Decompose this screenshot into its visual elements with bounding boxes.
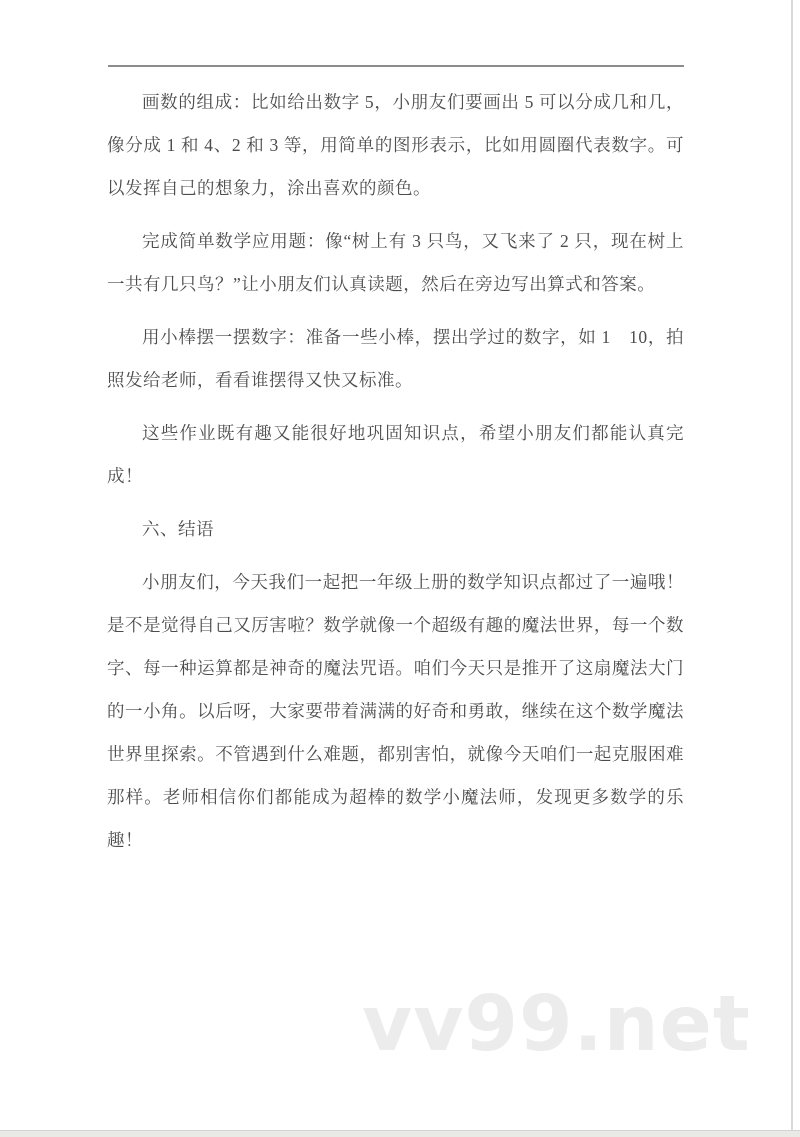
paragraph-homework-note: 这些作业既有趣又能很好地巩固知识点，希望小朋友们都能认真完成！ xyxy=(107,412,684,498)
page-right-edge-line xyxy=(791,0,793,1137)
paragraph-draw-numbers: 画数的组成：比如给出数字 5，小朋友们要画出 5 可以分成几和几，像分成 1 和… xyxy=(107,81,684,210)
section-heading-conclusion: 六、结语 xyxy=(107,508,684,551)
page-bottom-bar xyxy=(0,1130,800,1137)
paragraph-sticks-activity: 用小棒摆一摆数字：准备一些小棒，摆出学过的数字，如 1 10，拍照发给老师，看看… xyxy=(107,316,684,402)
document-page: 画数的组成：比如给出数字 5，小朋友们要画出 5 可以分成几和几，像分成 1 和… xyxy=(0,0,800,1137)
section-divider-line xyxy=(108,65,684,67)
watermark-text: vv99.net xyxy=(362,980,751,1069)
paragraph-word-problem: 完成简单数学应用题：像“树上有 3 只鸟，又飞来了 2 只，现在树上一共有几只鸟… xyxy=(107,220,684,306)
document-body: 画数的组成：比如给出数字 5，小朋友们要画出 5 可以分成几和几，像分成 1 和… xyxy=(107,81,684,872)
paragraph-conclusion: 小朋友们，今天我们一起把一年级上册的数学知识点都过了一遍哦！是不是觉得自己又厉害… xyxy=(107,561,684,862)
